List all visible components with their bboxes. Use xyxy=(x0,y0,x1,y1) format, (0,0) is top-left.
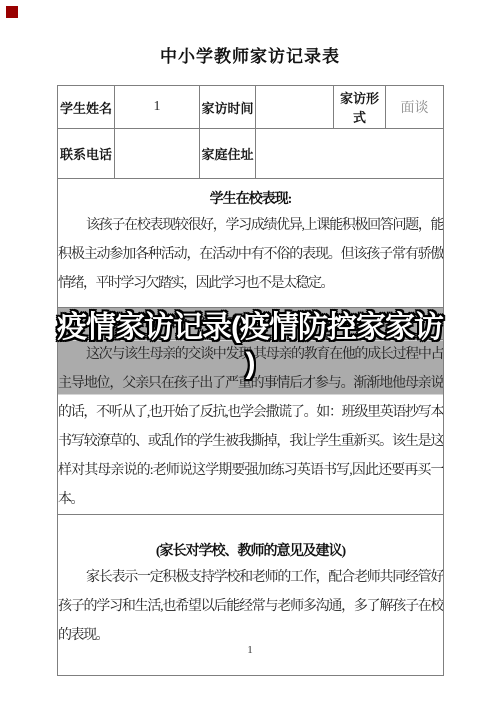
parent-opinion-heading: (家长对学校、教师的意见及建议) xyxy=(58,541,443,563)
visit-form-value: 面谈 xyxy=(386,86,444,129)
phone-value xyxy=(115,129,200,179)
page-title: 中小学教师家访记录表 xyxy=(0,42,500,67)
parent-opinion-body: 家长表示一定积极支持学校和老师的工作，配合老师共同经管好孩子的学习和生活,也希望… xyxy=(58,563,443,650)
section-visit-content-body-cell: 这次与该生母亲的交谈中发现,其母亲的教育在他的成长过程中占主导地位，父亲只在孩子… xyxy=(58,340,444,515)
address-label: 家庭住址 xyxy=(200,129,256,179)
home-visit-form-table: 学生姓名 1 家访时间 家访形式 面谈 联系电话 家庭住址 学生在校表现: 该孩… xyxy=(57,85,444,676)
school-performance-heading: 学生在校表现: xyxy=(58,189,443,211)
document-page: 中小学教师家访记录表 学生姓名 1 家访时间 家访形式 面谈 联系电话 家庭住址… xyxy=(0,0,500,706)
student-name-label: 学生姓名 xyxy=(58,86,115,129)
section-school-performance: 学生在校表现: 该孩子在校表现较很好，学习成绩优异,上课能积极回答问题，能积极主… xyxy=(58,179,444,308)
address-value xyxy=(256,129,444,179)
visit-time-label: 家访时间 xyxy=(200,86,256,129)
page-number: 1 xyxy=(57,644,443,656)
phone-label: 联系电话 xyxy=(58,129,115,179)
visit-time-value xyxy=(256,86,334,129)
school-performance-body: 该孩子在校表现较很好，学习成绩优异,上课能积极回答问题，能积极主动参加各种活动，… xyxy=(58,211,443,298)
red-marker-square xyxy=(6,6,18,18)
table-row: 学生在校表现: 该孩子在校表现较很好，学习成绩优异,上课能积极回答问题，能积极主… xyxy=(58,179,444,308)
table-row: 这次与该生母亲的交谈中发现,其母亲的教育在他的成长过程中占主导地位，父亲只在孩子… xyxy=(58,340,444,515)
visit-content-heading: 家访内容：（学生在家学习、生活等情况） xyxy=(58,313,443,335)
visit-form-label: 家访形式 xyxy=(334,86,386,129)
visit-content-body: 这次与该生母亲的交谈中发现,其母亲的教育在他的成长过程中占主导地位，父亲只在孩子… xyxy=(58,340,443,514)
section-visit-content-heading-cell: 家访内容：（学生在家学习、生活等情况） xyxy=(58,308,444,340)
student-name-value: 1 xyxy=(115,86,200,129)
table-row: 家访内容：（学生在家学习、生活等情况） xyxy=(58,308,444,340)
table-row: 联系电话 家庭住址 xyxy=(58,129,444,179)
table-row: 学生姓名 1 家访时间 家访形式 面谈 xyxy=(58,86,444,129)
